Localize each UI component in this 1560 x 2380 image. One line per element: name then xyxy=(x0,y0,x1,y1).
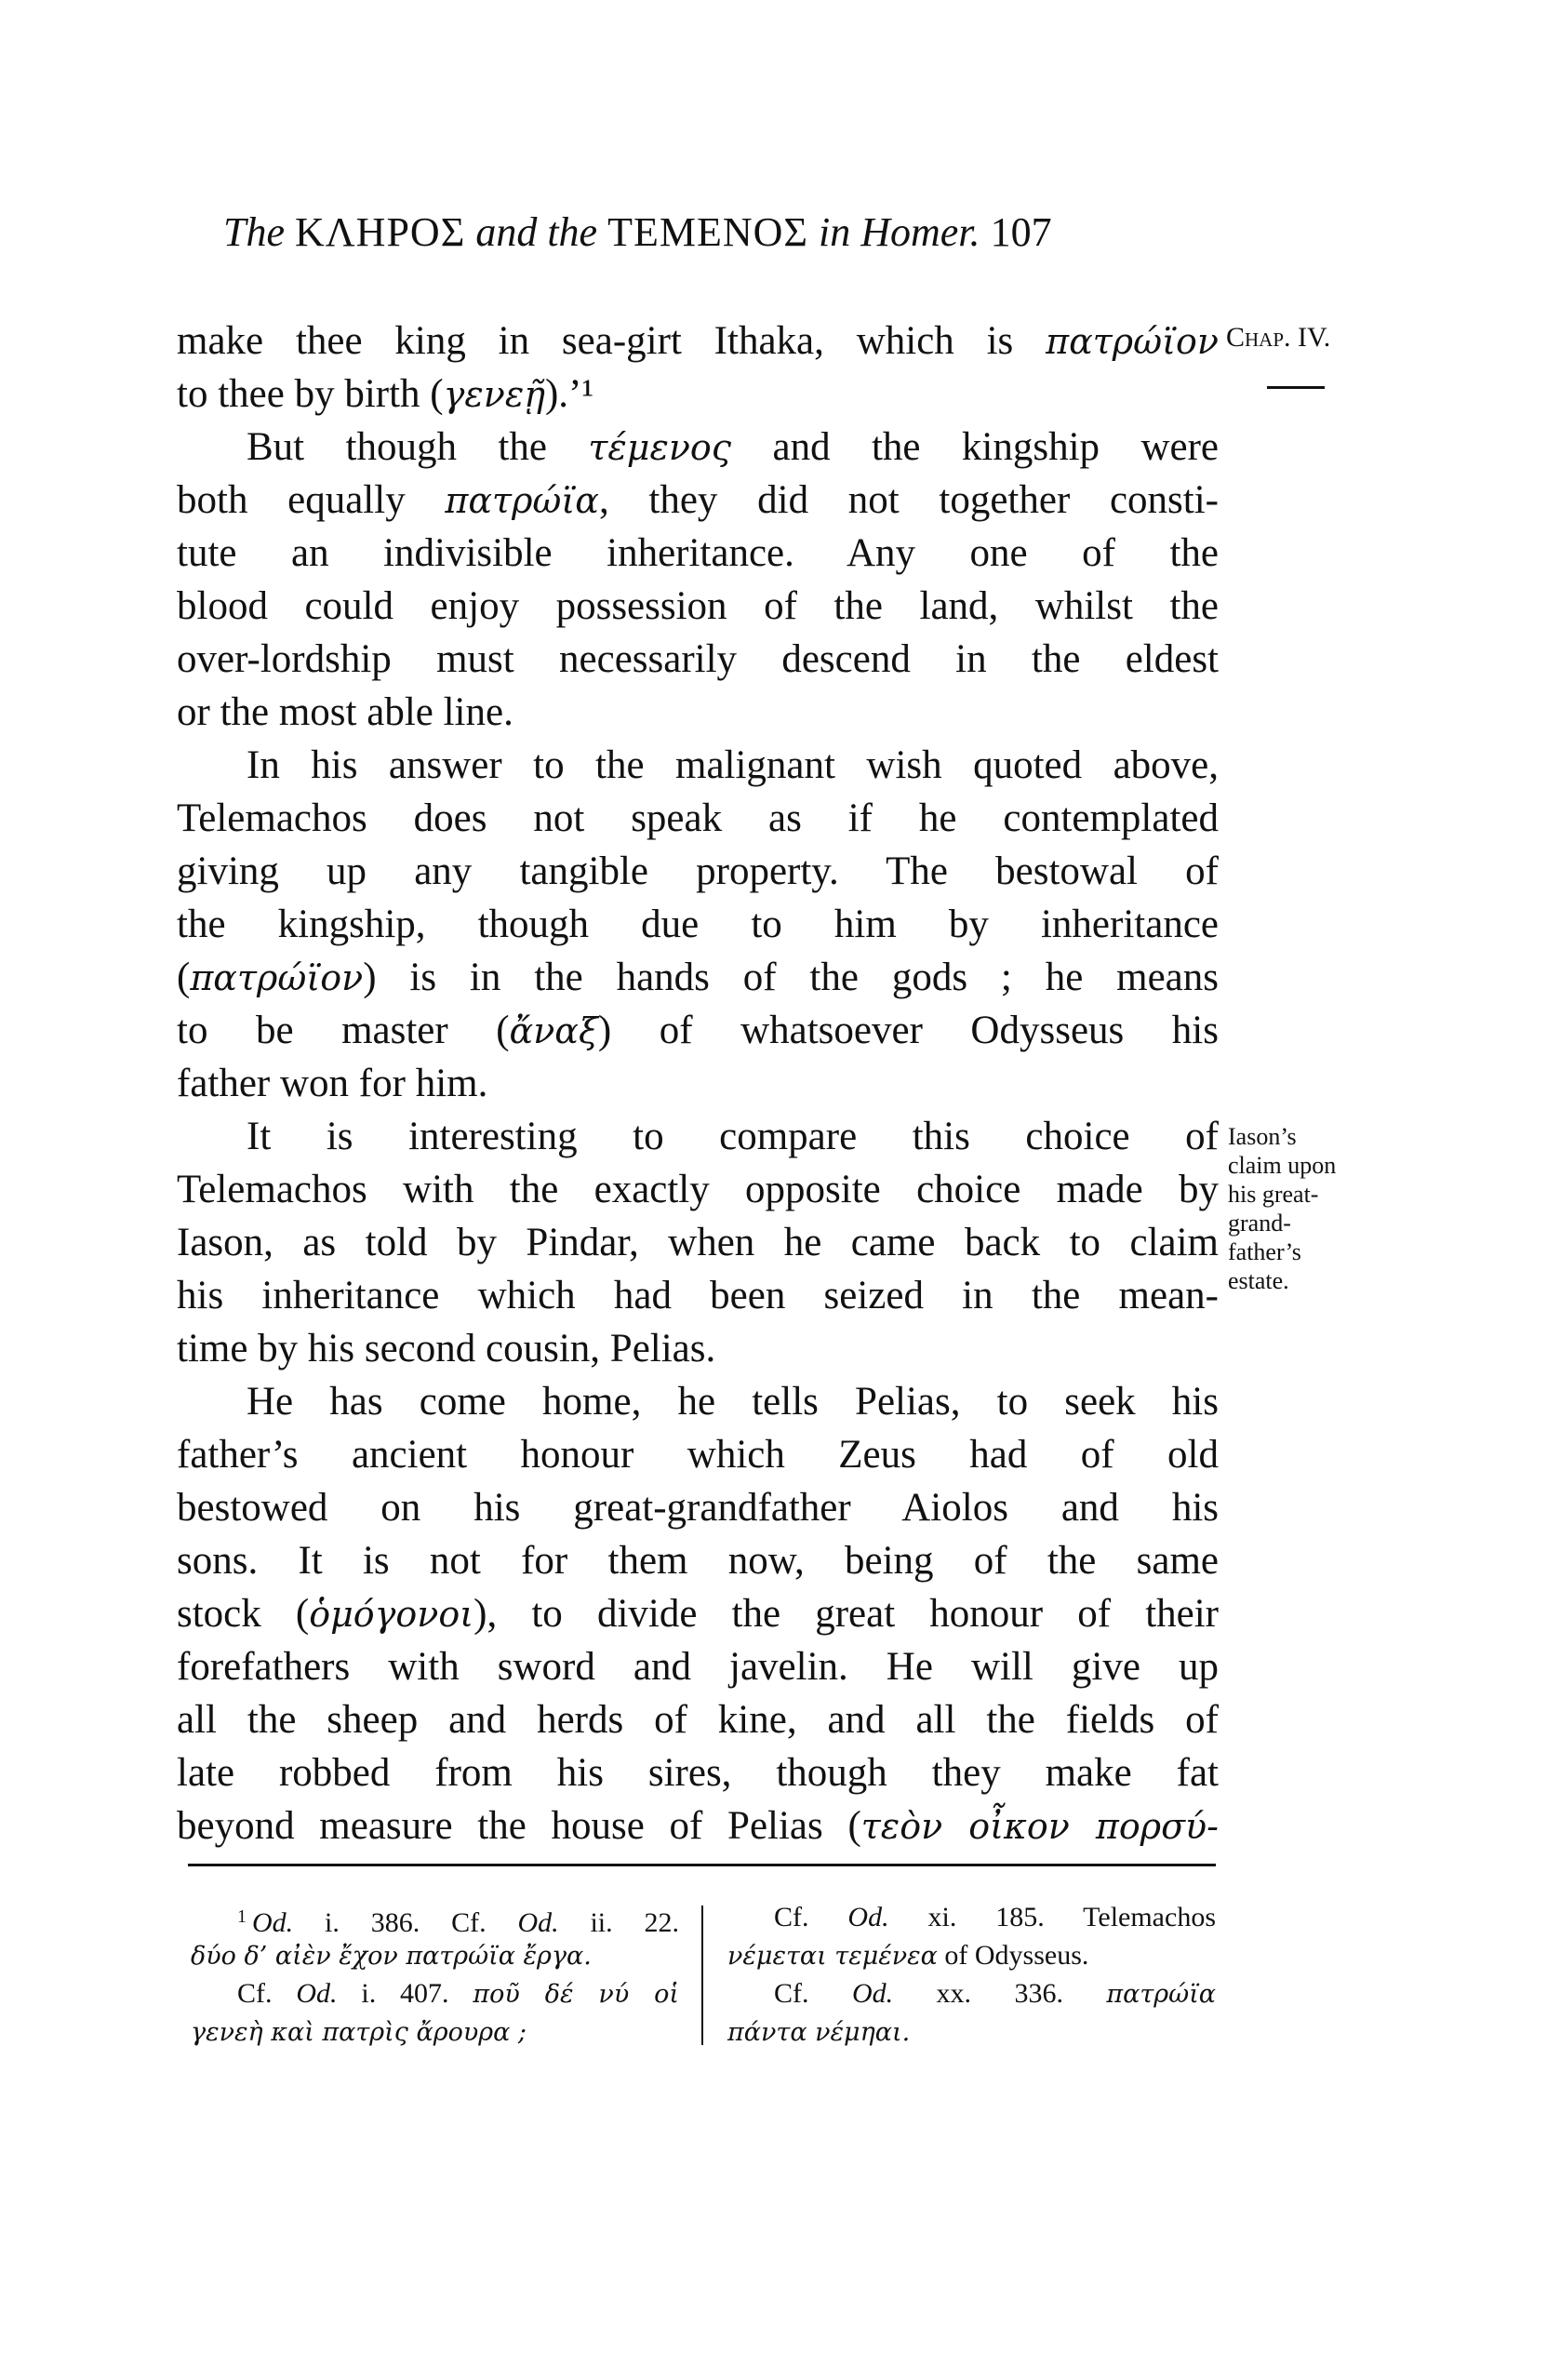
body-text-run: make thee king in sea-girt Ithaka, which… xyxy=(177,319,1046,363)
greek-term: ἄναξ xyxy=(510,1010,598,1051)
body-line: over-lordship must necessarily descend i… xyxy=(177,633,1219,686)
body-line: both equally πατρώϊα, they did not toget… xyxy=(177,474,1219,527)
footnote-text: xx. 336. xyxy=(893,1978,1106,2009)
body-text-run: to be master ( xyxy=(177,1009,510,1052)
body-text-run: over-lordship must necessarily descend i… xyxy=(177,637,1219,681)
body-text-run: ) of whatsoever Odysseus his xyxy=(598,1009,1219,1052)
body-line: Iason, as told by Pindar, when he came b… xyxy=(177,1216,1219,1269)
chapter-marker: Chap. IV. xyxy=(1226,319,1330,356)
footnote-greek: πατρώϊα xyxy=(1106,1980,1216,2009)
footnote-greek: δύο δ’ αἰὲν ἔχον πατρώϊα ἔργα. xyxy=(191,1942,592,1971)
body-line: or the most able line. xyxy=(177,686,1219,739)
footnote-text: Od. xyxy=(852,1978,893,2009)
footnote-text: Cf. xyxy=(774,1902,847,1932)
body-text-run: Telemachos does not speak as if he conte… xyxy=(177,796,1219,840)
body-line: father won for him. xyxy=(177,1057,1219,1110)
sidenote-line: his great- xyxy=(1228,1180,1336,1209)
body-text-run: stock ( xyxy=(177,1592,309,1636)
body-text-run: giving up any tangible property. The bes… xyxy=(177,849,1219,893)
greek-term: τέμενος xyxy=(588,427,731,468)
footnote-greek: νέμεται τεμένεα xyxy=(727,1942,938,1971)
body-line: Telemachos with the exactly opposite cho… xyxy=(177,1163,1219,1216)
body-line: time by his second cousin, Pelias. xyxy=(177,1322,1219,1375)
body-text-run: ).’¹ xyxy=(545,372,593,416)
body-text-run: both equally xyxy=(177,478,445,522)
greek-term: πατρώϊα xyxy=(445,480,599,521)
body-line: giving up any tangible property. The bes… xyxy=(177,845,1219,898)
footnote-column-divider xyxy=(701,1905,703,2045)
footnote-text: i. 386. Cf. xyxy=(293,1907,517,1938)
body-line: father’s ancient honour which Zeus had o… xyxy=(177,1428,1219,1481)
footnote-line: γενεὴ καὶ πατρὶς ἄρουρα ; xyxy=(191,2012,679,2051)
body-text-run: all the sheep and herds of kine, and all… xyxy=(177,1698,1219,1742)
footnote-line: Cf. Od. xi. 185. Telemachos xyxy=(727,1898,1216,1936)
body-line: blood could enjoy possession of the land… xyxy=(177,580,1219,633)
body-line: to thee by birth (γενεῇ).’¹ xyxy=(177,368,1219,421)
body-text-run: father’s ancient honour which Zeus had o… xyxy=(177,1433,1219,1477)
footnote-line: νέμεται τεμένεα of Odysseus. xyxy=(727,1936,1216,1974)
footnote-marker: 1 xyxy=(237,1906,247,1927)
body-line: bestowed on his great-grandfather Aiolos… xyxy=(177,1481,1219,1534)
sidenote-line: father’s xyxy=(1228,1237,1336,1266)
body-line: But though the τέμενος and the kingship … xyxy=(247,421,1219,474)
body-text-run: forefathers with sword and javelin. He w… xyxy=(177,1645,1219,1689)
body-text-run: Telemachos with the exactly opposite cho… xyxy=(177,1168,1219,1211)
body-text-run: his inheritance which had been seized in… xyxy=(177,1274,1219,1317)
body-line: It is interesting to compare this choice… xyxy=(247,1110,1219,1163)
body-line: beyond measure the house of Pelias (τεὸν… xyxy=(177,1799,1219,1852)
greek-term: πατρώϊον xyxy=(1046,321,1219,362)
footnote-text: ii. 22. xyxy=(559,1907,679,1938)
body-text-run: Iason, as told by Pindar, when he came b… xyxy=(177,1221,1219,1264)
body-text-run: But though the xyxy=(247,425,588,469)
body-text-run: ( xyxy=(177,956,190,999)
sidenote-line: Iason’s xyxy=(1228,1122,1336,1151)
body-line: forefathers with sword and javelin. He w… xyxy=(177,1640,1219,1693)
sidenote-line: grand- xyxy=(1228,1209,1336,1237)
body-text-run: He has come home, he tells Pelias, to se… xyxy=(247,1380,1219,1424)
footnote-text: Cf. xyxy=(774,1978,852,2009)
header-temenos: ΤΕΜΕΝΟΣ xyxy=(607,209,808,255)
body-line: tute an indivisible inheritance. Any one… xyxy=(177,527,1219,580)
body-text-run: and the kingship were xyxy=(731,425,1219,469)
body-text-run: beyond measure the house of Pelias ( xyxy=(177,1804,861,1848)
header-in-homer: in Homer. xyxy=(819,209,980,255)
body-line: all the sheep and herds of kine, and all… xyxy=(177,1693,1219,1746)
body-text-run: tute an indivisible inheritance. Any one… xyxy=(177,531,1219,575)
body-line: In his answer to the malignant wish quot… xyxy=(247,739,1219,792)
footnotes-right-column: Cf. Od. xi. 185. Telemachosνέμεται τεμέν… xyxy=(727,1898,1216,2051)
body-text-run: bestowed on his great-grandfather Aiolos… xyxy=(177,1486,1219,1530)
body-line: his inheritance which had been seized in… xyxy=(177,1269,1219,1322)
body-line: the kingship, though due to him by inher… xyxy=(177,898,1219,951)
footnote-text: Od. xyxy=(517,1907,558,1938)
footnote-text: Od. xyxy=(296,1978,337,2009)
footnote-greek: ποῦ δέ νύ οἱ xyxy=(473,1980,679,2009)
body-text-run: to thee by birth ( xyxy=(177,372,444,416)
footnote-line: Cf. Od. i. 407. ποῦ δέ νύ οἱ xyxy=(191,1974,679,2012)
body-line: stock (ὁμόγονοι), to divide the great ho… xyxy=(177,1587,1219,1640)
greek-term: γενεῇ xyxy=(444,374,545,415)
sidenote-iason: Iason’s claim upon his great- grand- fat… xyxy=(1228,1122,1336,1295)
body-text-run: late robbed from his sires, though they … xyxy=(177,1751,1219,1795)
body-text-run: the kingship, though due to him by inher… xyxy=(177,903,1219,946)
footnote-line: 1Od. i. 386. Cf. Od. ii. 22. xyxy=(191,1898,679,1936)
body-line: to be master (ἄναξ) of whatsoever Odysse… xyxy=(177,1004,1219,1057)
sidenote-line: estate. xyxy=(1228,1266,1336,1295)
footnote-greek: πάντα νέμηαι. xyxy=(727,2018,910,2047)
greek-term: ὁμόγονοι xyxy=(309,1594,473,1635)
footnote-text: i. 407. xyxy=(338,1978,473,2009)
body-text-run: In his answer to the malignant wish quot… xyxy=(247,743,1219,787)
footnote-line: δύο δ’ αἰὲν ἔχον πατρώϊα ἔργα. xyxy=(191,1936,679,1974)
body-text-run: blood could enjoy possession of the land… xyxy=(177,584,1219,628)
body-text-run: ), to divide the great honour of their xyxy=(473,1592,1219,1636)
body-line: make thee king in sea-girt Ithaka, which… xyxy=(177,314,1219,368)
body-text-run: , they did not together consti- xyxy=(599,478,1219,522)
footnote-line: Cf. Od. xx. 336. πατρώϊα xyxy=(727,1974,1216,2012)
header-and-the: and the xyxy=(475,209,597,255)
footnotes-left-column: 1Od. i. 386. Cf. Od. ii. 22.δύο δ’ αἰὲν … xyxy=(191,1898,679,2051)
body-text-run: time by his second cousin, Pelias. xyxy=(177,1327,715,1371)
body-text-run: father won for him. xyxy=(177,1062,487,1105)
header-kleros: ΚΛΗΡΟΣ xyxy=(295,209,465,255)
body-line: Telemachos does not speak as if he conte… xyxy=(177,792,1219,845)
footnote-text: Od. xyxy=(847,1902,888,1932)
running-header: The ΚΛΗΡΟΣ and the ΤΕΜΕΝΟΣ in Homer. 107 xyxy=(223,207,1219,259)
chapter-rule xyxy=(1267,386,1325,389)
page-number: 107 xyxy=(991,209,1052,255)
body-text-run: ) is in the hands of the gods ; he means xyxy=(363,956,1219,999)
sidenote-line: claim upon xyxy=(1228,1151,1336,1180)
footnote-rule xyxy=(188,1864,1216,1866)
body-line: (πατρώϊον) is in the hands of the gods ;… xyxy=(177,951,1219,1004)
body-line: He has come home, he tells Pelias, to se… xyxy=(247,1375,1219,1428)
body-line: late robbed from his sires, though they … xyxy=(177,1746,1219,1799)
footnote-text: xi. 185. Telemachos xyxy=(889,1902,1216,1932)
footnote-line: πάντα νέμηαι. xyxy=(727,2012,1216,2051)
book-page: The ΚΛΗΡΟΣ and the ΤΕΜΕΝΟΣ in Homer. 107… xyxy=(0,0,1560,2380)
header-the: The xyxy=(223,209,285,255)
footnote-text: Cf. xyxy=(237,1978,296,2009)
footnote-greek: γενεὴ καὶ πατρὶς ἄρουρα ; xyxy=(191,2018,527,2047)
greek-term: τεὸν οἶκον πορσύ- xyxy=(861,1806,1219,1847)
body-text-run: sons. It is not for them now, being of t… xyxy=(177,1539,1219,1583)
body-line: sons. It is not for them now, being of t… xyxy=(177,1534,1219,1587)
body-text-run: or the most able line. xyxy=(177,690,513,734)
greek-term: πατρώϊον xyxy=(190,957,363,998)
footnote-text: of Odysseus. xyxy=(938,1940,1089,1971)
body-text-run: It is interesting to compare this choice… xyxy=(247,1115,1219,1158)
footnote-text: Od. xyxy=(252,1907,293,1938)
